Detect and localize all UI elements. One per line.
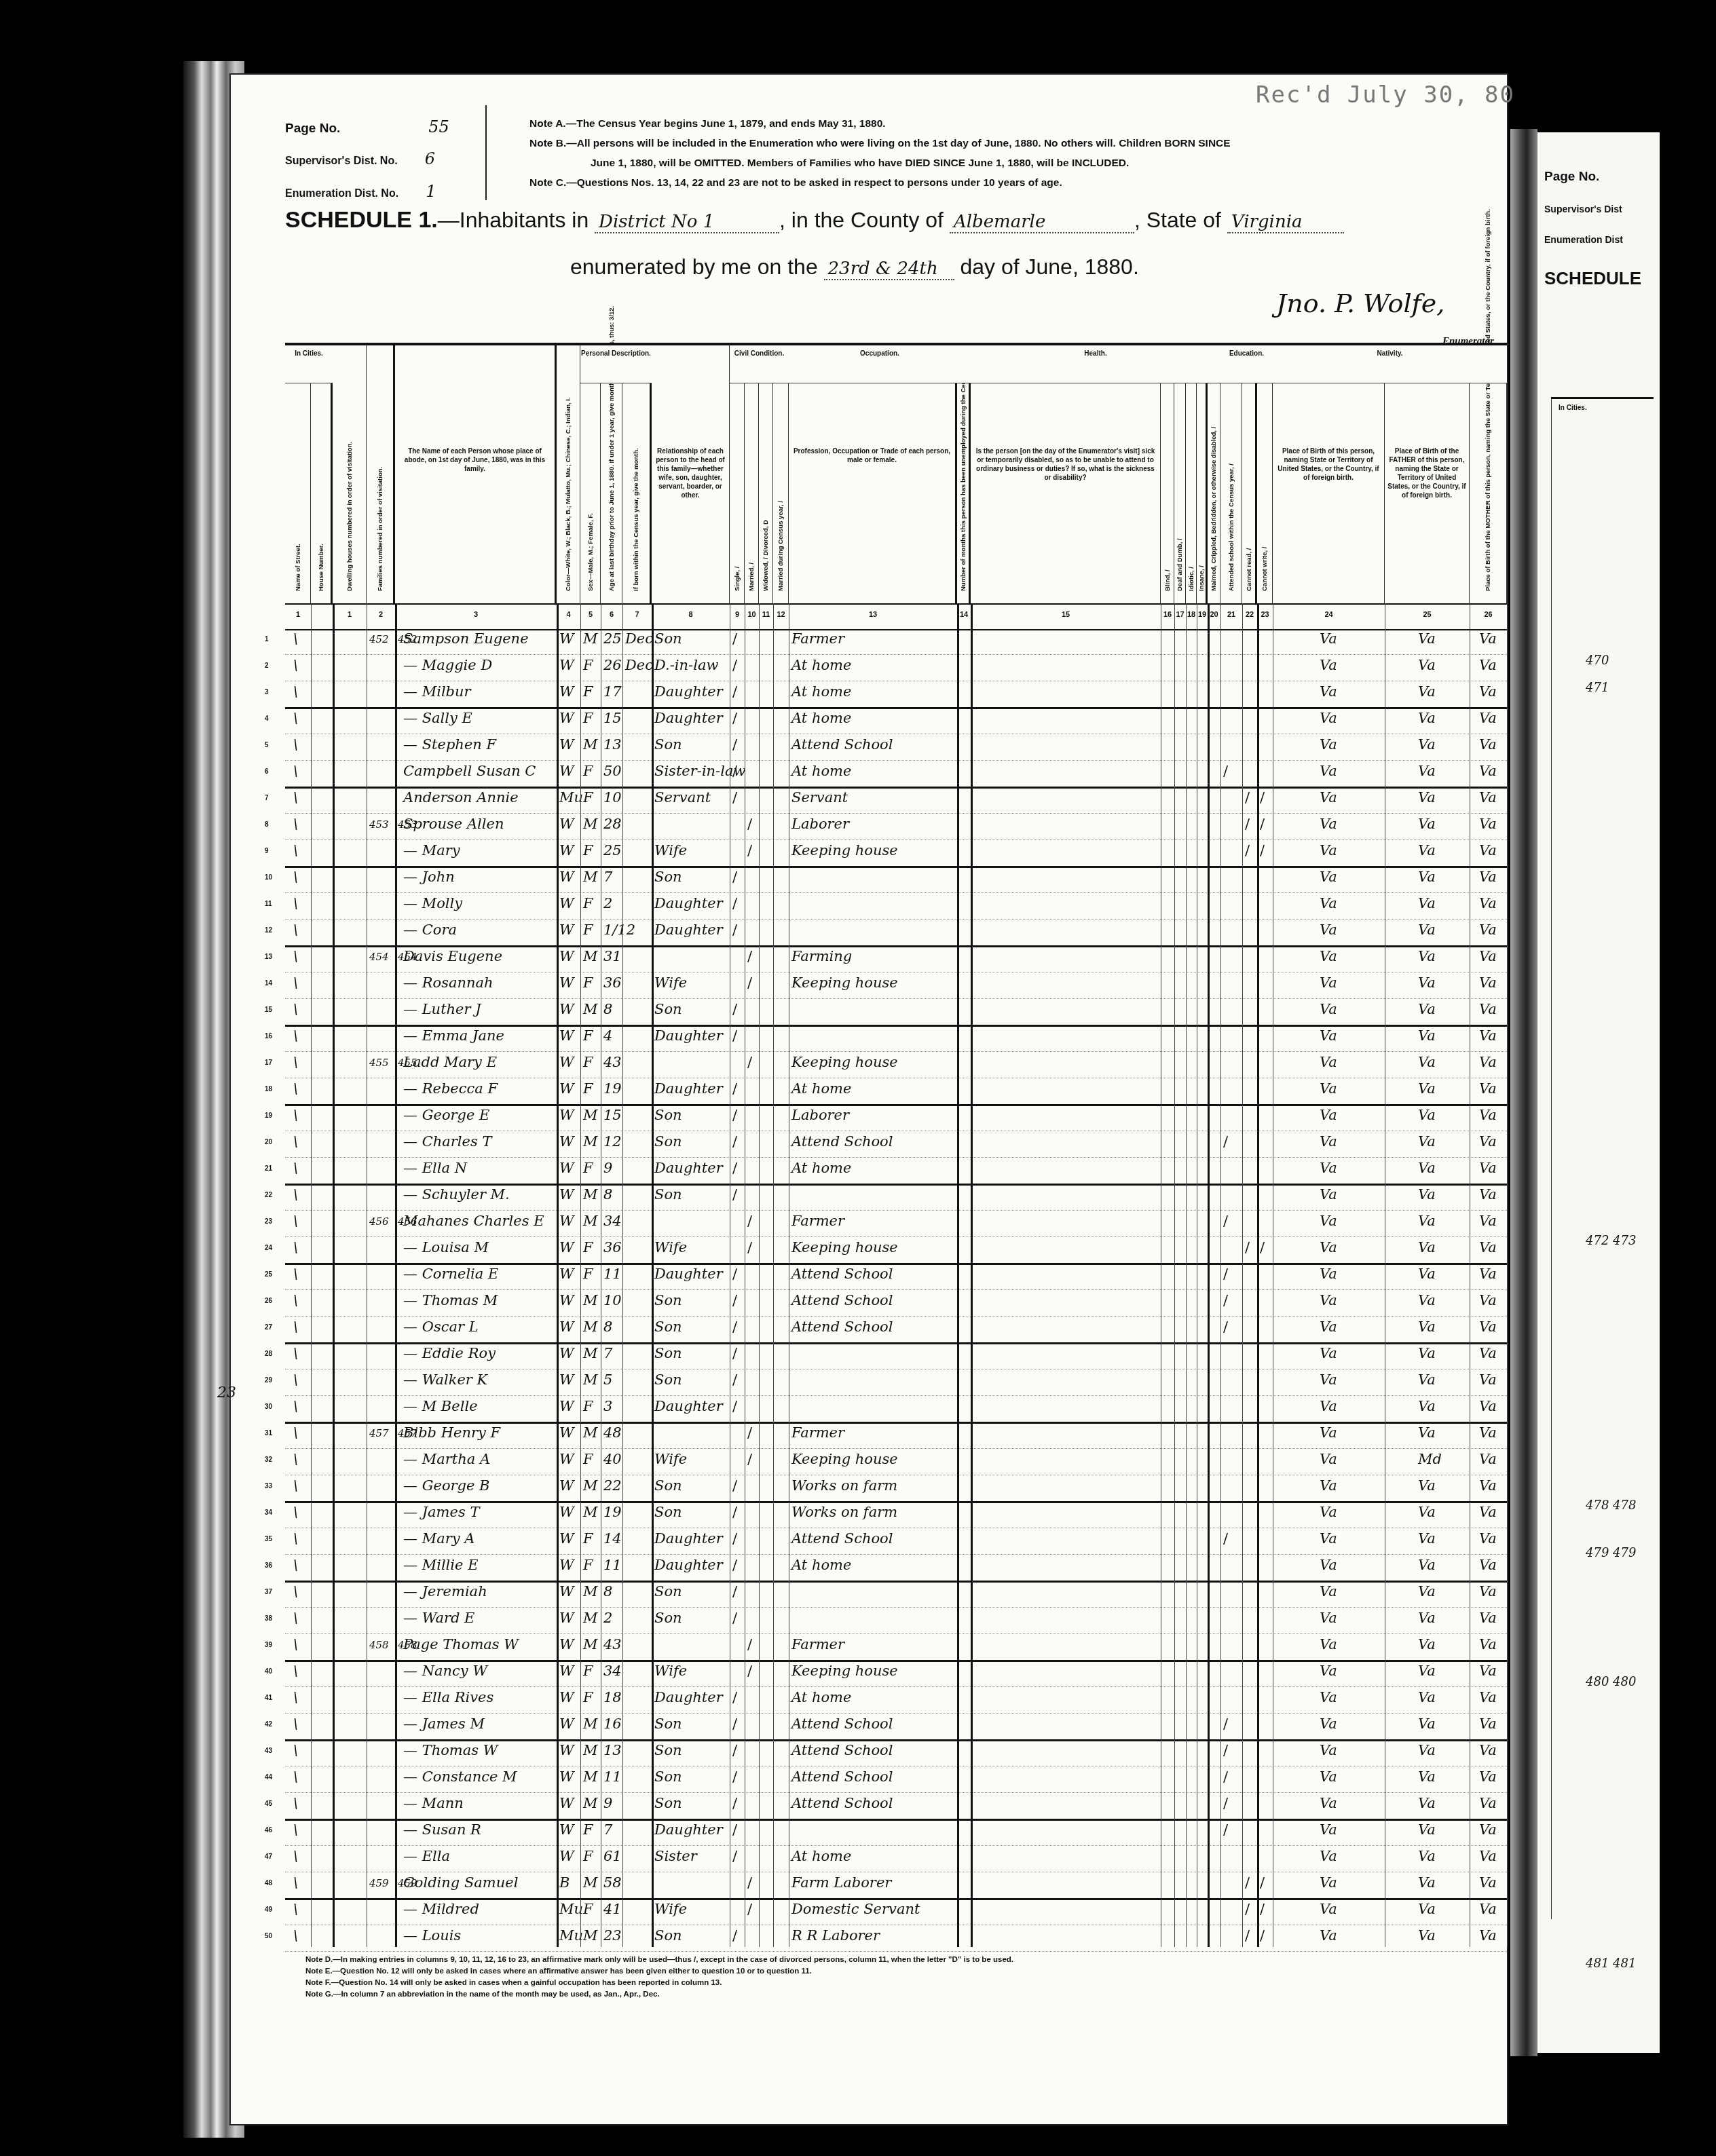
table-row[interactable]: 16\— Emma JaneWF4Daughter/VaVaVa bbox=[285, 1025, 1507, 1052]
cell-relation: Daughter bbox=[654, 895, 723, 911]
cell-age: 41 bbox=[603, 1901, 622, 1917]
cell-birth: Va bbox=[1320, 1689, 1337, 1705]
street-tick-mark: \ bbox=[293, 789, 298, 806]
cell-age: 40 bbox=[603, 1451, 622, 1467]
column-number: 3 bbox=[474, 611, 478, 619]
cell-mother: Va bbox=[1479, 1160, 1497, 1176]
table-row[interactable]: 2\— Maggie DWF26DecD.-in-law/At homeVaVa… bbox=[285, 654, 1507, 681]
note-g: Note G.—In column 7 an abbreviation in t… bbox=[305, 1989, 1324, 2001]
street-tick-mark: \ bbox=[293, 710, 298, 726]
cell-color: W bbox=[559, 1372, 574, 1388]
cell-sex: M bbox=[583, 630, 598, 647]
cell-age: 10 bbox=[603, 789, 622, 806]
cell-relation: Daughter bbox=[654, 1080, 723, 1097]
table-row[interactable]: 48\459459Golding SamuelBM58/Farm Laborer… bbox=[285, 1872, 1507, 1900]
cell-birth: Va bbox=[1320, 975, 1337, 991]
table-row[interactable]: 32\— Martha AWF40Wife/Keeping houseVaMdV… bbox=[285, 1448, 1507, 1475]
cell-birth: Va bbox=[1320, 1795, 1337, 1811]
cell-name: — Schuyler M. bbox=[403, 1186, 510, 1203]
street-tick-mark: \ bbox=[293, 1821, 298, 1838]
column-header-11: Single, / bbox=[730, 345, 745, 603]
cell-name: — Emma Jane bbox=[403, 1027, 504, 1044]
cell-mother: Va bbox=[1479, 1266, 1497, 1282]
cell-name: — Charles T bbox=[403, 1133, 491, 1150]
cell-occupation: At home bbox=[791, 1160, 851, 1176]
table-row[interactable]: 49\— MildredMuF41Wife/Domestic Servant//… bbox=[285, 1898, 1507, 1925]
cell-birth: Va bbox=[1320, 922, 1337, 938]
cell-single: / bbox=[732, 1292, 737, 1308]
table-row[interactable]: 20\— Charles TWM12Son/Attend School/VaVa… bbox=[285, 1131, 1507, 1158]
cell-sex: F bbox=[583, 683, 593, 700]
table-row[interactable]: 25\— Cornelia EWF11Daughter/Attend Schoo… bbox=[285, 1263, 1507, 1290]
street-tick-mark: \ bbox=[293, 1107, 298, 1123]
cell-age: 36 bbox=[603, 1239, 622, 1255]
cell-sex: F bbox=[583, 1054, 593, 1070]
column-rule bbox=[1507, 603, 1508, 1947]
cell-sex: F bbox=[583, 1398, 593, 1414]
column-rule bbox=[957, 603, 959, 1947]
cell-birth: Va bbox=[1320, 683, 1337, 700]
cell-relation: Daughter bbox=[654, 1027, 723, 1044]
cell-name: — John bbox=[403, 869, 455, 885]
table-row[interactable]: 3\— MilburWF17Daughter/At homeVaVaVa bbox=[285, 681, 1507, 709]
cell-color: W bbox=[559, 1504, 574, 1520]
cell-occupation: At home bbox=[791, 710, 851, 726]
cell-cant-write: / bbox=[1260, 816, 1265, 832]
cell-color: W bbox=[559, 1107, 574, 1123]
cell-birth: Va bbox=[1320, 1001, 1337, 1017]
cell-married: / bbox=[747, 816, 752, 832]
cell-school: / bbox=[1223, 1795, 1228, 1811]
cell-color: W bbox=[559, 1769, 574, 1785]
cell-sex: M bbox=[583, 1107, 598, 1123]
table-row[interactable]: 42\— James MWM16Son/Attend School/VaVaVa bbox=[285, 1713, 1507, 1741]
column-header-17: Is the person [on the day of the Enumera… bbox=[971, 345, 1161, 603]
cell-birth: Va bbox=[1320, 1027, 1337, 1044]
cell-father: Va bbox=[1418, 630, 1436, 647]
cell-age: 17 bbox=[603, 683, 622, 700]
cell-cant-read: / bbox=[1245, 842, 1250, 858]
cell-color: W bbox=[559, 1557, 574, 1573]
table-row[interactable]: 35\— Mary AWF14Daughter/Attend School/Va… bbox=[285, 1528, 1507, 1555]
cell-birth: Va bbox=[1320, 1266, 1337, 1282]
cell-mother: Va bbox=[1479, 657, 1497, 673]
line-number: 27 bbox=[265, 1324, 272, 1331]
column-number: 25 bbox=[1423, 611, 1431, 619]
cell-name: — Sally E bbox=[403, 710, 472, 726]
state-label: , State of bbox=[1134, 208, 1221, 232]
column-header-label: Is the person [on the day of the Enumera… bbox=[973, 447, 1157, 483]
cell-age: 58 bbox=[603, 1874, 622, 1891]
column-number: 18 bbox=[1187, 611, 1195, 619]
cell-birth: Va bbox=[1320, 1742, 1337, 1758]
cell-mother: Va bbox=[1479, 1133, 1497, 1150]
cell-married: / bbox=[747, 1054, 752, 1070]
table-row[interactable]: 9\— MaryWF25Wife/Keeping house//VaVaVa bbox=[285, 839, 1507, 868]
column-header-22: Maimed, Crippled, Bedridden, or otherwis… bbox=[1208, 345, 1220, 603]
cell-single: / bbox=[732, 922, 737, 938]
cell-sex: F bbox=[583, 1663, 593, 1679]
table-row[interactable]: 14\— RosannahWF36Wife/Keeping houseVaVaV… bbox=[285, 972, 1507, 999]
cell-color: W bbox=[559, 1133, 574, 1150]
table-row[interactable]: 11\— MollyWF2Daughter/VaVaVa bbox=[285, 892, 1507, 920]
table-row[interactable]: 21\— Ella NWF9Daughter/At homeVaVaVa bbox=[285, 1157, 1507, 1186]
cell-sex: F bbox=[583, 1027, 593, 1044]
cell-name: Sprouse Allen bbox=[403, 816, 504, 832]
line-number: 3 bbox=[265, 689, 269, 696]
cell-occupation: At home bbox=[791, 1689, 851, 1705]
table-row[interactable]: 27\— Oscar LWM8Son/Attend School/VaVaVa bbox=[285, 1316, 1507, 1344]
column-header-label: Place of Birth of the MOTHER of this per… bbox=[1485, 209, 1492, 591]
line-number: 16 bbox=[265, 1033, 272, 1040]
cell-mother: Va bbox=[1479, 975, 1497, 991]
table-row[interactable]: 13\454454Davis EugeneWM31/FarmingVaVaVa bbox=[285, 945, 1507, 972]
column-rule bbox=[333, 603, 335, 1947]
cell-relation: Daughter bbox=[654, 922, 723, 938]
note-a: Note A.—The Census Year begins June 1, 1… bbox=[529, 114, 1344, 134]
cell-birth: Va bbox=[1320, 1716, 1337, 1732]
column-header-label: Place of Birth of the FATHER of this per… bbox=[1387, 447, 1466, 500]
column-rule bbox=[971, 603, 973, 1947]
cell-sex: F bbox=[583, 1689, 593, 1705]
cell-name: — Cora bbox=[403, 922, 457, 938]
cell-birth: Va bbox=[1320, 1636, 1337, 1652]
cell-single: / bbox=[732, 710, 737, 726]
next-page-page-label: Page No. bbox=[1544, 170, 1599, 185]
street-tick-mark: \ bbox=[293, 736, 298, 753]
line-number: 28 bbox=[265, 1350, 272, 1358]
line-number: 2 bbox=[265, 662, 269, 670]
street-tick-mark: \ bbox=[293, 1901, 298, 1917]
column-header-16: Number of months this person has been un… bbox=[957, 345, 971, 603]
cell-occupation: Laborer bbox=[791, 816, 849, 832]
cell-sex: M bbox=[583, 1769, 598, 1785]
cell-name: — Eddie Roy bbox=[403, 1345, 496, 1361]
cell-sex: M bbox=[583, 1213, 598, 1229]
table-row[interactable]: 28\— Eddie RoyWM7Son/VaVaVa bbox=[285, 1342, 1507, 1369]
cell-name: — Thomas M bbox=[403, 1292, 498, 1308]
street-tick-mark: \ bbox=[293, 1636, 298, 1652]
cell-relation: Sister bbox=[654, 1848, 697, 1864]
column-rule bbox=[395, 603, 397, 1947]
table-row[interactable]: 18\— Rebecca FWF19Daughter/At homeVaVaVa bbox=[285, 1078, 1507, 1106]
cell-mother: Va bbox=[1479, 1001, 1497, 1017]
cell-birth: Va bbox=[1320, 1239, 1337, 1255]
cell-age: 23 bbox=[603, 1927, 622, 1944]
cell-relation: Son bbox=[654, 1610, 682, 1626]
cell-father: Va bbox=[1418, 657, 1436, 673]
cell-mother: Va bbox=[1479, 1848, 1497, 1864]
table-row[interactable]: 12\— CoraWF1/12Daughter/VaVaVa bbox=[285, 919, 1507, 947]
cell-color: W bbox=[559, 763, 574, 779]
cell-color: B bbox=[559, 1874, 570, 1891]
cell-father: Va bbox=[1418, 1292, 1436, 1308]
cell-color: W bbox=[559, 657, 574, 673]
table-row[interactable]: 46\— Susan RWF7Daughter//VaVaVa bbox=[285, 1819, 1507, 1846]
column-rule bbox=[759, 603, 760, 1947]
cell-birth: Va bbox=[1320, 1160, 1337, 1176]
line-number: 37 bbox=[265, 1589, 272, 1596]
cell-age: 19 bbox=[603, 1080, 622, 1097]
cell-age: 15 bbox=[603, 1107, 622, 1123]
cell-father: Va bbox=[1418, 1345, 1436, 1361]
cell-color: W bbox=[559, 630, 574, 647]
cell-relation: Wife bbox=[654, 975, 687, 991]
cell-name: — Oscar L bbox=[403, 1319, 479, 1335]
cell-relation: Son bbox=[654, 1477, 682, 1494]
cell-relation: Son bbox=[654, 1186, 682, 1203]
column-header-label: Attended school within the Census year, … bbox=[1227, 464, 1235, 591]
cell-occupation: At home bbox=[791, 657, 851, 673]
cell-father: Va bbox=[1418, 1239, 1436, 1255]
table-row[interactable]: 26\— Thomas MWM10Son/Attend School/VaVaV… bbox=[285, 1289, 1507, 1317]
cell-birth: Va bbox=[1320, 1054, 1337, 1070]
cell-age: 4 bbox=[603, 1027, 612, 1044]
table-row[interactable]: 40\— Nancy WWF34Wife/Keeping houseVaVaVa bbox=[285, 1660, 1507, 1687]
cell-sex: M bbox=[583, 1636, 598, 1652]
cell-mother: Va bbox=[1479, 1239, 1497, 1255]
note-d: Note D.—In making entries in columns 9, … bbox=[305, 1954, 1324, 1966]
column-number: 26 bbox=[1484, 611, 1492, 619]
cell-birth: Va bbox=[1320, 1477, 1337, 1494]
cell-age: 43 bbox=[603, 1636, 622, 1652]
group-header-health: Health. bbox=[971, 345, 1220, 383]
table-row[interactable]: 19\— George EWM15Son/LaborerVaVaVa bbox=[285, 1104, 1507, 1131]
cell-color: W bbox=[559, 1689, 574, 1705]
table-row[interactable]: 45\— MannWM9Son/Attend School/VaVaVa bbox=[285, 1792, 1507, 1821]
column-rule bbox=[1161, 603, 1161, 1947]
column-number: 11 bbox=[762, 611, 770, 619]
table-row[interactable]: 30\— M BelleWF3Daughter/VaVaVa bbox=[285, 1395, 1507, 1424]
cell-birth: Va bbox=[1320, 816, 1337, 832]
cell-father: Va bbox=[1418, 736, 1436, 753]
cell-sex: F bbox=[583, 1080, 593, 1097]
line-number: 25 bbox=[265, 1271, 272, 1279]
street-tick-mark: \ bbox=[293, 1160, 298, 1176]
cell-father: Va bbox=[1418, 789, 1436, 806]
cell-age: 11 bbox=[603, 1266, 622, 1282]
cell-father: Va bbox=[1418, 1795, 1436, 1811]
line-number: 39 bbox=[265, 1642, 272, 1649]
cell-relation: D.-in-law bbox=[654, 657, 718, 673]
cell-father: Va bbox=[1418, 1530, 1436, 1547]
note-f: Note F.—Question No. 14 will only be ask… bbox=[305, 1978, 1324, 1989]
cell-father: Va bbox=[1418, 1160, 1436, 1176]
cell-relation: Daughter bbox=[654, 1530, 723, 1547]
table-row[interactable]: 38\— Ward EWM2Son/VaVaVa bbox=[285, 1607, 1507, 1634]
table-row[interactable]: 10\— JohnWM7Son/VaVaVa bbox=[285, 866, 1507, 893]
table-row[interactable]: 41\— Ella RivesWF18Daughter/At homeVaVaV… bbox=[285, 1686, 1507, 1714]
state-field[interactable]: Virginia bbox=[1227, 212, 1344, 233]
cell-birth: Va bbox=[1320, 1186, 1337, 1203]
note-e: Note E.—Question No. 12 will only be ask… bbox=[305, 1966, 1324, 1978]
next-page-entry: 472 473 bbox=[1586, 1234, 1636, 1248]
column-rule bbox=[1208, 603, 1210, 1947]
table-row[interactable]: 31\457457Bibb Henry FWM48/FarmerVaVaVa bbox=[285, 1422, 1507, 1449]
cell-relation: Son bbox=[654, 630, 682, 647]
cell-relation: Son bbox=[654, 869, 682, 885]
table-row[interactable]: 1\452452Sampson EugeneWM25DecSon/FarmerV… bbox=[285, 628, 1507, 655]
street-tick-mark: \ bbox=[293, 1213, 298, 1229]
cell-father: Va bbox=[1418, 1319, 1436, 1335]
cell-father: Va bbox=[1418, 1213, 1436, 1229]
cell-name: — Louisa M bbox=[403, 1239, 489, 1255]
cell-occupation: Attend School bbox=[791, 1716, 893, 1732]
cell-name: — George E bbox=[403, 1107, 489, 1123]
table-row[interactable]: 8\453453Sprouse AllenWM28/Laborer//VaVaV… bbox=[285, 813, 1507, 840]
cell-color: W bbox=[559, 736, 574, 753]
cell-age: 1/12 bbox=[603, 922, 622, 938]
cell-occupation: R R Laborer bbox=[791, 1927, 880, 1944]
received-stamp: Rec'd July 30, 80 bbox=[1256, 81, 1515, 109]
cell-father: Va bbox=[1418, 1424, 1436, 1441]
cell-age: 11 bbox=[603, 1769, 622, 1785]
column-rule bbox=[1197, 603, 1197, 1947]
table-row[interactable]: 50\— LouisMuM23Son/R R Laborer//VaVaVa bbox=[285, 1925, 1507, 1952]
table-row[interactable]: 37\— JeremiahWM8Son/VaVaVa bbox=[285, 1581, 1507, 1608]
cell-color: W bbox=[559, 816, 574, 832]
cell-name: — Mann bbox=[403, 1795, 464, 1811]
cell-relation: Wife bbox=[654, 1451, 687, 1467]
table-row[interactable]: 47\— EllaWF61Sister/At homeVaVaVa bbox=[285, 1845, 1507, 1872]
table-row[interactable]: 36\— Millie EWF11Daughter/At homeVaVaVa bbox=[285, 1554, 1507, 1583]
schedule-title-line: SCHEDULE 1.—Inhabitants in District No 1… bbox=[285, 207, 1344, 233]
cell-mother: Va bbox=[1479, 1451, 1497, 1467]
column-number: 2 bbox=[379, 611, 383, 619]
cell-sex: M bbox=[583, 1186, 598, 1203]
cell-age: 48 bbox=[603, 1424, 622, 1441]
table-row[interactable]: 33\— George BWM22Son/Works on farmVaVaVa bbox=[285, 1475, 1507, 1503]
column-header-label: The Name of each Person whose place of a… bbox=[398, 447, 552, 474]
cell-occupation: Attend School bbox=[791, 1133, 893, 1150]
cell-color: W bbox=[559, 1266, 574, 1282]
district-field[interactable]: District No 1 bbox=[595, 212, 779, 233]
cell-age: 5 bbox=[603, 1372, 612, 1388]
cell-occupation: Keeping house bbox=[791, 1239, 898, 1255]
enumerated-day-field[interactable]: 23rd & 24th bbox=[824, 259, 954, 280]
line-number: 19 bbox=[265, 1112, 272, 1120]
line-number: 36 bbox=[265, 1562, 272, 1570]
table-row[interactable]: 43\— Thomas WWM13Son/Attend School/VaVaV… bbox=[285, 1739, 1507, 1766]
column-rule bbox=[1470, 603, 1470, 1947]
cell-occupation: Farming bbox=[791, 948, 852, 964]
table-row[interactable]: 29\— Walker KWM5Son/VaVaVa bbox=[285, 1369, 1507, 1396]
line-number: 4 bbox=[265, 715, 269, 723]
cell-father: Va bbox=[1418, 922, 1436, 938]
street-tick-mark: \ bbox=[293, 922, 298, 938]
page-identifiers: Page No.55 Supervisor's Dist. No.6 Enume… bbox=[285, 112, 380, 209]
cell-single: / bbox=[732, 1583, 737, 1600]
cell-name: Sampson Eugene bbox=[403, 630, 529, 647]
line-number: 35 bbox=[265, 1536, 272, 1543]
cell-dwelling: 453 bbox=[369, 818, 389, 831]
cell-single: / bbox=[732, 1001, 737, 1017]
cell-name: — Luther J bbox=[403, 1001, 481, 1017]
street-tick-mark: \ bbox=[293, 1080, 298, 1097]
table-row[interactable]: 17\455455Ladd Mary EWF43/Keeping houseVa… bbox=[285, 1051, 1507, 1078]
cell-sex: M bbox=[583, 1319, 598, 1335]
cell-birth: Va bbox=[1320, 1372, 1337, 1388]
line-number: 11 bbox=[265, 901, 272, 908]
column-header-label: Color—White, W.; Black, B.; Mulatto, Mu.… bbox=[565, 397, 572, 591]
cell-sex: F bbox=[583, 1160, 593, 1176]
cell-age: 13 bbox=[603, 736, 622, 753]
cell-birth: Va bbox=[1320, 657, 1337, 673]
cell-age: 28 bbox=[603, 816, 622, 832]
street-tick-mark: \ bbox=[293, 895, 298, 911]
cell-sex: F bbox=[583, 1901, 593, 1917]
column-number: 5 bbox=[589, 611, 593, 619]
table-row[interactable]: 34\— James TWM19Son/Works on farmVaVaVa bbox=[285, 1501, 1507, 1528]
cell-father: Va bbox=[1418, 1557, 1436, 1573]
cell-single: / bbox=[732, 1716, 737, 1732]
street-tick-mark: \ bbox=[293, 1398, 298, 1414]
cell-single: / bbox=[732, 1080, 737, 1097]
table-row[interactable]: 7\Anderson AnnieMuF10Servant/Servant//Va… bbox=[285, 787, 1507, 814]
table-row[interactable]: 24\— Louisa MWF36Wife/Keeping house//VaV… bbox=[285, 1236, 1507, 1265]
cell-sex: M bbox=[583, 1716, 598, 1732]
cell-age: 8 bbox=[603, 1319, 612, 1335]
column-rule bbox=[622, 603, 623, 1947]
cell-single: / bbox=[732, 1398, 737, 1414]
table-row[interactable]: 23\456456Mahanes Charles EWM34/Farmer/Va… bbox=[285, 1210, 1507, 1237]
line-number: 15 bbox=[265, 1006, 272, 1014]
inhabitants-label: —Inhabitants in bbox=[438, 208, 589, 232]
column-rule bbox=[730, 603, 730, 1947]
table-row[interactable]: 15\— Luther JWM8Son/VaVaVa bbox=[285, 998, 1507, 1027]
cell-relation: Son bbox=[654, 1372, 682, 1388]
county-field[interactable]: Albemarle bbox=[950, 212, 1134, 233]
cell-occupation: Domestic Servant bbox=[791, 1901, 920, 1917]
cell-birth: Va bbox=[1320, 869, 1337, 885]
cell-relation: Daughter bbox=[654, 1557, 723, 1573]
cell-school: / bbox=[1223, 763, 1228, 779]
table-row[interactable]: 5\— Stephen FWM13Son/Attend SchoolVaVaVa bbox=[285, 734, 1507, 761]
cell-mother: Va bbox=[1479, 816, 1497, 832]
street-tick-mark: \ bbox=[293, 975, 298, 991]
cell-name: — Rosannah bbox=[403, 975, 493, 991]
street-tick-mark: \ bbox=[293, 1292, 298, 1308]
cell-birth: Va bbox=[1320, 1398, 1337, 1414]
column-number: 12 bbox=[777, 611, 785, 619]
table-row[interactable]: 6\Campbell Susan CWF50Sister-in-law/At h… bbox=[285, 760, 1507, 789]
cell-occupation: At home bbox=[791, 1080, 851, 1097]
cell-relation: Son bbox=[654, 1504, 682, 1520]
column-header-label: Married during Census year, / bbox=[777, 501, 785, 591]
cell-single: / bbox=[732, 869, 737, 885]
table-row[interactable]: 39\458458Page Thomas WWM43/FarmerVaVaVa bbox=[285, 1633, 1507, 1662]
cell-single: / bbox=[732, 736, 737, 753]
cell-relation: Wife bbox=[654, 842, 687, 858]
cell-school: / bbox=[1223, 1530, 1228, 1547]
street-tick-mark: \ bbox=[293, 683, 298, 700]
table-row[interactable]: 22\— Schuyler M.WM8Son/VaVaVa bbox=[285, 1184, 1507, 1211]
cell-color: W bbox=[559, 975, 574, 991]
street-tick-mark: \ bbox=[293, 763, 298, 779]
next-page-entry: 471 bbox=[1586, 681, 1609, 695]
cell-father: Va bbox=[1418, 1610, 1436, 1626]
cell-occupation: Farm Laborer bbox=[791, 1874, 891, 1891]
cell-mother: Va bbox=[1479, 1477, 1497, 1494]
cell-mother: Va bbox=[1479, 1054, 1497, 1070]
cell-father: Va bbox=[1418, 869, 1436, 885]
table-row[interactable]: 4\— Sally EWF15Daughter/At homeVaVaVa bbox=[285, 707, 1507, 734]
table-row[interactable]: 44\— Constance MWM11Son/Attend School/Va… bbox=[285, 1766, 1507, 1793]
cell-single: / bbox=[732, 1345, 737, 1361]
header-notes: Note A.—The Census Year begins June 1, 1… bbox=[529, 114, 1344, 193]
column-header-label: Number of months this person has been un… bbox=[959, 353, 967, 591]
cell-mother: Va bbox=[1479, 1424, 1497, 1441]
